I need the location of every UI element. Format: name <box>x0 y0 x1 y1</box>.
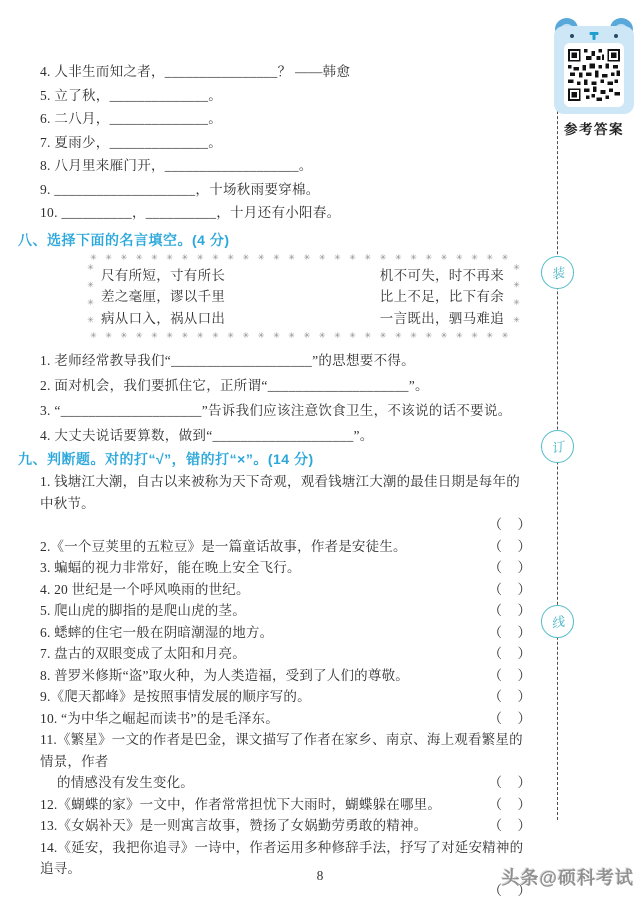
answer-brackets: （ ） <box>489 815 533 837</box>
fill-blank-line: 3. “____________________”告诉我们应该注意饮食卫生，不该… <box>40 398 532 423</box>
idiom: 病从口入，祸从口出 <box>101 308 225 330</box>
section-9-heading: 九、判断题。对的打“√”，错的打“×”。(14 分) <box>18 449 532 469</box>
statement-text: 7. 盘古的双眼变成了太阳和月亮。 <box>40 643 489 665</box>
statement-text: 11.《繁星》一文的作者是巴金，课文描写了作者在家乡、南京、海上观看繁星的情景，… <box>40 729 532 772</box>
exam-paper-page: 装 订 线 <box>0 0 640 905</box>
statement-text: 8. 普罗米修斯“盗”取火种，为人类造福，受到了人们的尊敬。 <box>40 665 489 687</box>
judgement-row: 8. 普罗米修斯“盗”取火种，为人类造福，受到了人们的尊敬。 （ ） <box>40 665 532 687</box>
statement-text: 10. “为中华之崛起而读书”的是毛泽东。 <box>40 708 489 730</box>
judgement-row: 6. 蟋蟀的住宅一般在阴暗潮湿的地方。 （ ） <box>40 622 532 644</box>
statement-text: 12.《蝴蝶的家》一文中，作者常常担忧下大雨时，蝴蝶躲在哪里。 <box>40 794 489 816</box>
judgement-row: 13.《女娲补天》是一则寓言故事，赞扬了女娲勤劳勇敢的精神。 （ ） <box>40 815 532 837</box>
idiom: 一言既出，驷马难追 <box>380 308 504 330</box>
answer-brackets: （ ） <box>489 665 533 687</box>
fill-blank-line: 4. 人非生而知之者，________________？ ——韩愈 <box>40 60 532 84</box>
answer-brackets: （ ） <box>489 514 533 536</box>
answer-brackets: （ ） <box>489 579 533 601</box>
answer-brackets: （ ） <box>489 686 533 708</box>
cat-eye-right-icon <box>614 34 618 38</box>
idiom: 尺有所短，寸有所长 <box>101 265 225 287</box>
statement-text: 1. 钱塘江大潮，自古以来被称为天下奇观，观看钱塘江大潮的最佳日期是每年的中秋节… <box>40 471 532 514</box>
seal-mark-ding: 订 <box>541 430 574 463</box>
fill-blank-line: 1. 老师经常教导我们“____________________”的思想要不得。 <box>40 348 532 373</box>
judgement-row: 5. 爬山虎的脚指的是爬山虎的茎。 （ ） <box>40 600 532 622</box>
answer-brackets: （ ） <box>489 536 533 558</box>
idiom-choice-box: ✳ ✳ ✳ ✳ ✳ ✳ ✳ ✳ ✳ ✳ ✳ ✳ ✳ ✳ ✳ ✳ ✳ ✳ ✳ ✳ … <box>85 254 520 342</box>
answer-brackets: （ ） <box>489 772 533 794</box>
answer-qr-card: 参考答案 <box>554 16 634 138</box>
statement-text: 9.《爬天都峰》是按照事情发展的顺序写的。 <box>40 686 489 708</box>
fill-blank-line: 4. 大丈夫说话要算数，做到“____________________”。 <box>40 423 532 448</box>
idiom-row: 尺有所短，寸有所长 机不可失，时不再来 <box>101 265 504 287</box>
statement-text <box>40 514 489 536</box>
cat-face-icon <box>554 31 634 41</box>
judgement-row-continuation: 的情感没有发生变化。 （ ） <box>40 772 532 794</box>
fill-blank-line: 2. 面对机会，我们要抓住它，正所谓“____________________”… <box>40 373 532 398</box>
qr-panel <box>564 43 624 107</box>
seal-mark-xian: 线 <box>541 605 574 638</box>
judgement-row: 12.《蝴蝶的家》一文中，作者常常担忧下大雨时，蝴蝶躲在哪里。 （ ） <box>40 794 532 816</box>
idiom-row: 差之毫厘，谬以千里 比上不足，比下有余 <box>101 286 504 308</box>
qr-code <box>568 49 620 101</box>
box-border-right: ✳ ✳ ✳ ✳ ✳ ✳ <box>511 263 520 333</box>
cat-nose-icon <box>590 32 599 40</box>
answer-brackets: （ ） <box>489 794 533 816</box>
answer-brackets: （ ） <box>489 600 533 622</box>
seal-mark-glyph: 订 <box>549 436 566 457</box>
idiom: 机不可失，时不再来 <box>380 265 504 287</box>
qr-caption: 参考答案 <box>554 118 634 138</box>
judgement-row: 7. 盘古的双眼变成了太阳和月亮。 （ ） <box>40 643 532 665</box>
qr-card-body <box>554 26 634 114</box>
answer-brackets: （ ） <box>489 708 533 730</box>
box-border-bottom: ✳ ✳ ✳ ✳ ✳ ✳ ✳ ✳ ✳ ✳ ✳ ✳ ✳ ✳ ✳ ✳ ✳ ✳ ✳ ✳ … <box>90 332 515 341</box>
statement-text: 的情感没有发生变化。 <box>57 772 489 794</box>
judgement-row: 11.《繁星》一文的作者是巴金，课文描写了作者在家乡、南京、海上观看繁星的情景，… <box>40 729 532 772</box>
judgement-row: （ ） <box>40 514 532 536</box>
fill-blank-line: 6. 二八月，______________。 <box>40 107 532 131</box>
fill-blank-line: 5. 立了秋，______________。 <box>40 84 532 108</box>
idiom-row: 病从口入，祸从口出 一言既出，驷马难追 <box>101 308 504 330</box>
judgement-row: 9.《爬天都峰》是按照事情发展的顺序写的。 （ ） <box>40 686 532 708</box>
seal-mark-zhuang: 装 <box>541 256 574 289</box>
fill-blank-line: 10. __________，__________，十月还有小阳春。 <box>40 201 532 225</box>
answer-brackets: （ ） <box>489 643 533 665</box>
section-8-heading: 八、选择下面的名言填空。(4 分) <box>18 230 532 250</box>
box-border-left: ✳ ✳ ✳ ✳ ✳ ✳ <box>85 263 94 333</box>
judgement-row: 2.《一个豆荚里的五粒豆》是一篇童话故事，作者是安徒生。 （ ） <box>40 536 532 558</box>
judgement-row: 1. 钱塘江大潮，自古以来被称为天下奇观，观看钱塘江大潮的最佳日期是每年的中秋节… <box>40 471 532 514</box>
statement-text: 4. 20 世纪是一个呼风唤雨的世纪。 <box>40 579 489 601</box>
section-8-items: 1. 老师经常教导我们“____________________”的思想要不得。… <box>40 348 532 448</box>
watermark: 头条@硕科考试 <box>501 864 634 890</box>
answer-brackets: （ ） <box>489 557 533 579</box>
statement-text: 5. 爬山虎的脚指的是爬山虎的茎。 <box>40 600 489 622</box>
judgement-row: 10. “为中华之崛起而读书”的是毛泽东。 （ ） <box>40 708 532 730</box>
answer-brackets: （ ） <box>489 622 533 644</box>
judgement-list: 1. 钱塘江大潮，自古以来被称为天下奇观，观看钱塘江大潮的最佳日期是每年的中秋节… <box>40 471 532 901</box>
statement-text: 6. 蟋蟀的住宅一般在阴暗潮湿的地方。 <box>40 622 489 644</box>
statement-text: 2.《一个豆荚里的五粒豆》是一篇童话故事，作者是安徒生。 <box>40 536 489 558</box>
fill-blank-line: 8. 八月里来雁门开，___________________。 <box>40 154 532 178</box>
seal-mark-glyph: 线 <box>549 611 566 632</box>
statement-text: 3. 蝙蝠的视力非常好，能在晚上安全飞行。 <box>40 557 489 579</box>
cat-eye-left-icon <box>570 34 574 38</box>
statement-text: 13.《女娲补天》是一则寓言故事，赞扬了女娲勤劳勇敢的精神。 <box>40 815 489 837</box>
judgement-row: 3. 蝙蝠的视力非常好，能在晚上安全飞行。 （ ） <box>40 557 532 579</box>
box-border-top: ✳ ✳ ✳ ✳ ✳ ✳ ✳ ✳ ✳ ✳ ✳ ✳ ✳ ✳ ✳ ✳ ✳ ✳ ✳ ✳ … <box>90 254 515 263</box>
judgement-row: 4. 20 世纪是一个呼风唤雨的世纪。 （ ） <box>40 579 532 601</box>
exam-content: 4. 人非生而知之者，________________？ ——韩愈 5. 立了秋… <box>40 60 532 901</box>
seal-mark-glyph: 装 <box>549 262 566 283</box>
fill-blank-line: 7. 夏雨少，______________。 <box>40 131 532 155</box>
fill-blank-line: 9. ____________________，十场秋雨要穿棉。 <box>40 178 532 202</box>
idiom: 比上不足，比下有余 <box>380 286 504 308</box>
idiom: 差之毫厘，谬以千里 <box>101 286 225 308</box>
binding-seal-line <box>557 26 558 820</box>
